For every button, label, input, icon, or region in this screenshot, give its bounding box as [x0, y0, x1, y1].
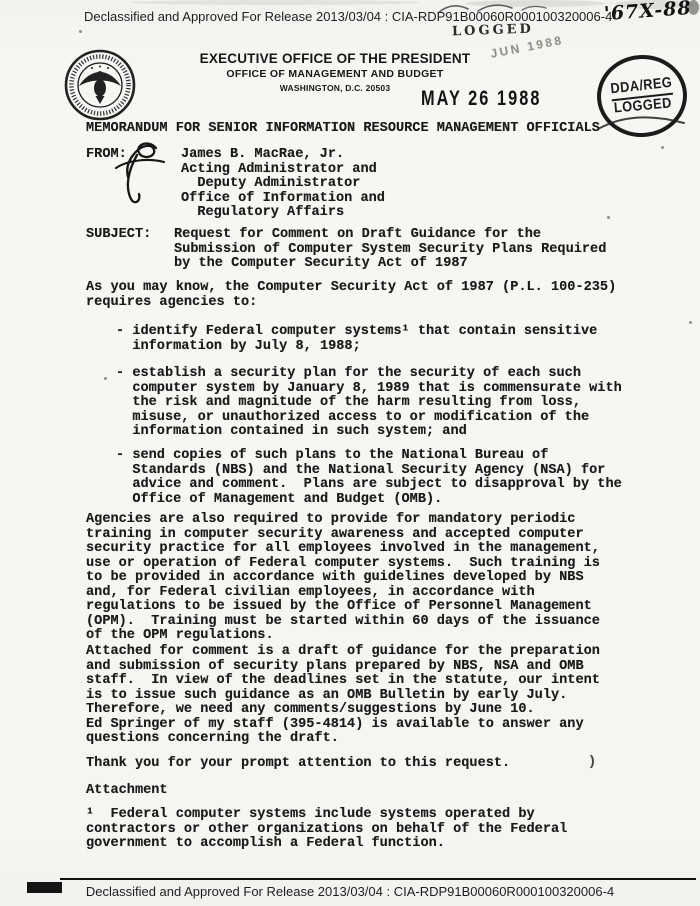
letterhead-office: OFFICE OF MANAGEMENT AND BUDGET	[170, 68, 500, 80]
pen-scribble-icon	[436, 1, 566, 19]
subject-block: Request for Comment on Draft Guidance fo…	[174, 228, 606, 272]
scan-speck	[689, 321, 692, 324]
closing-line: Thank you for your prompt attention to t…	[86, 757, 510, 772]
eop-seal-icon	[62, 46, 138, 124]
attachment-label: Attachment	[86, 784, 168, 799]
scan-speck	[607, 216, 610, 219]
bullet-send-copies: - send copies of such plans to the Natio…	[116, 449, 622, 507]
bullet-identify: - identify Federal computer systems¹ tha…	[116, 325, 597, 354]
memorandum-line: MEMORANDUM FOR SENIOR INFORMATION RESOUR…	[86, 122, 600, 137]
logged-stamp: LOGGED	[452, 22, 534, 40]
scanned-memo-page: Declassified and Approved For Release 20…	[0, 0, 700, 906]
scan-speck	[104, 377, 107, 380]
bullet-establish: - establish a security plan for the secu…	[116, 367, 622, 440]
letterhead: EXECUTIVE OFFICE OF THE PRESIDENT OFFICE…	[170, 51, 500, 93]
paragraph-intro: As you may know, the Computer Security A…	[86, 281, 616, 310]
scan-speck	[661, 146, 664, 149]
bottom-rule	[60, 878, 696, 880]
handwritten-note: '67X-88	[603, 0, 692, 25]
declassification-banner-bottom: Declassified and Approved For Release 20…	[0, 884, 700, 900]
scan-speck	[79, 30, 82, 33]
signature-icon	[112, 140, 172, 208]
letterhead-agency: EXECUTIVE OFFICE OF THE PRESIDENT	[170, 51, 500, 66]
stray-mark: )	[588, 756, 596, 771]
date-received-stamp: MAY 26 1988	[421, 88, 541, 111]
paragraph-attached: Attached for comment is a draft of guida…	[86, 645, 600, 747]
from-block: James B. MacRae, Jr. Acting Administrato…	[181, 148, 385, 221]
footnote: ¹ Federal computer systems include syste…	[86, 808, 567, 852]
scan-smudge	[130, 0, 420, 5]
pen-swoosh-icon	[598, 110, 688, 136]
subject-label: SUBJECT:	[86, 228, 151, 243]
paragraph-training: Agencies are also required to provide fo…	[86, 513, 600, 644]
